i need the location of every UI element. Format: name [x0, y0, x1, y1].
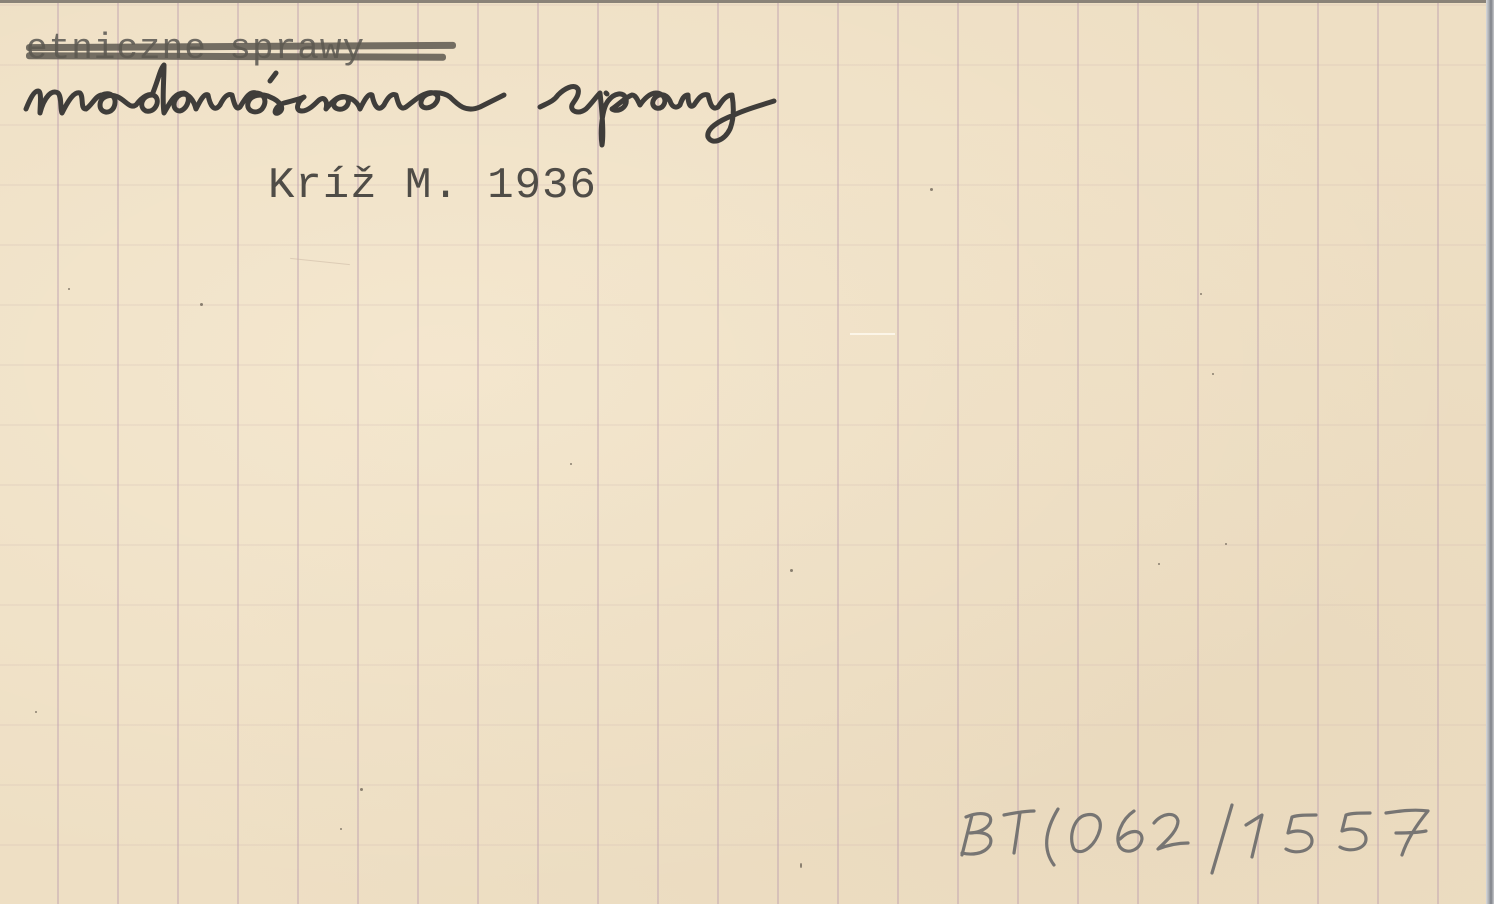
paper-speck	[1200, 293, 1202, 295]
catalog-card: etniczne sprawy narodowościowe sprawy Kr…	[0, 0, 1486, 904]
call-number: BT/062/1557	[950, 793, 1470, 893]
handwritten-subject-heading: narodowościowe sprawy	[18, 61, 798, 151]
paper-speck	[1212, 373, 1214, 375]
paper-speck	[570, 463, 572, 465]
paper-scratch	[290, 258, 350, 265]
paper-speck	[200, 303, 203, 306]
paper-speck	[35, 711, 37, 713]
paper-speck	[340, 828, 342, 830]
author-year-entry: Kríž M. 1936	[268, 161, 597, 211]
strikethrough-line-lower	[26, 52, 446, 60]
paper-speck	[1158, 563, 1160, 565]
card-right-edge	[1486, 0, 1494, 904]
paper-speck	[360, 788, 363, 791]
paper-speck	[930, 188, 933, 191]
handwritten-heading-ink	[18, 61, 798, 151]
paper-speck	[790, 569, 793, 572]
paper-speck	[800, 863, 802, 868]
paper-scratch	[850, 333, 895, 335]
paper-speck	[68, 288, 70, 290]
strikethrough-line-upper	[26, 42, 456, 51]
paper-speck	[1225, 543, 1227, 545]
call-number-pencil	[950, 793, 1470, 893]
